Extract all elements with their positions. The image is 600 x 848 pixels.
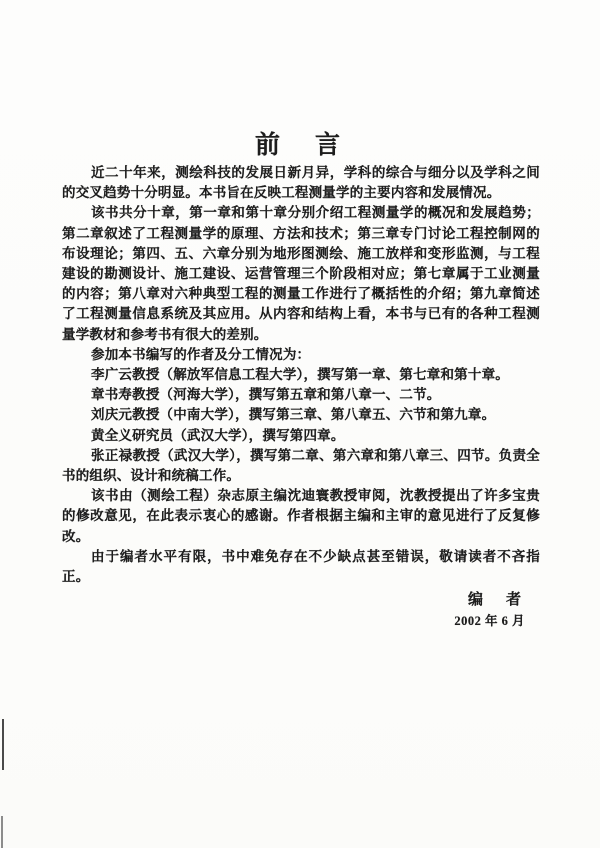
date-line: 2002 年 6 月 [62,611,525,632]
contributor-line-1: 李广云教授（解放军信息工程大学），撰写第一章、第七章和第十章。 [62,365,540,385]
paragraph-closing-apology: 由于编者水平有限，书中难免存在不少缺点甚至错误，敬请读者不吝指正。 [62,547,540,587]
contributor-line-5: 张正禄教授（武汉大学），撰写第二章、第六章和第八章三、四节。负责全书的组织、设计… [62,446,540,486]
signature-block: 编 者 2002 年 6 月 [62,590,540,632]
paragraph-intro: 近二十年来，测绘科技的发展日新月异，学科的综合与细分以及学科之间的交叉趋势十分明… [62,163,540,203]
scan-artifact-upper [2,719,4,770]
page-title: 前 言 [0,125,600,161]
paragraph-contributors-lead: 参加本书编写的作者及分工情况为： [62,345,540,365]
contributor-line-4: 黄全义研究员（武汉大学），撰写第四章。 [62,426,540,446]
paragraph-chapter-overview: 该书共分十章，第一章和第十章分别介绍工程测量学的概况和发展趋势；第二章叙述了工程… [62,203,540,344]
preface-body: 近二十年来，测绘科技的发展日新月异，学科的综合与细分以及学科之间的交叉趋势十分明… [62,163,540,632]
contributor-line-2: 章书寿教授（河海大学），撰写第五章和第八章一、二节。 [62,385,540,405]
scan-artifact-lower [1,816,3,848]
scanned-preface-page: 前 言 近二十年来，测绘科技的发展日新月异，学科的综合与细分以及学科之间的交叉趋… [0,0,600,848]
contributor-line-3: 刘庆元教授（中南大学），撰写第三章、第八章五、六节和第九章。 [62,405,540,425]
editor-signoff: 编 者 [62,590,525,611]
paragraph-review-acknowledgement: 该书由（测绘工程）杂志原主编沈迪寰教授审阅，沈教授提出了许多宝贵的修改意见，在此… [62,486,540,547]
